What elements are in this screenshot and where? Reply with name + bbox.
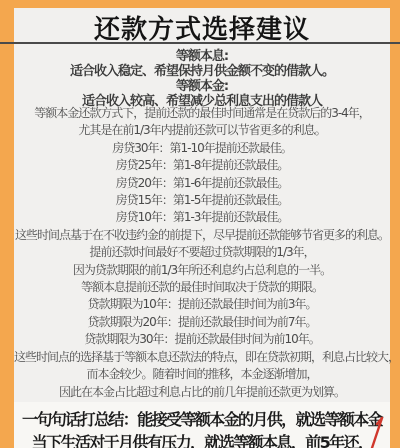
red-pen-slash-icon bbox=[366, 415, 390, 448]
page-title: 还款方式选择建议 bbox=[14, 9, 390, 46]
body-line: 房贷20年：第1-6年提前还款最佳。 bbox=[14, 175, 390, 192]
body-line: 因为贷款期限的前1/3年所还利息约占总利息的一半。 bbox=[14, 262, 390, 279]
summary-line: 一句句话打总结：能接受等额本金的月供，就选等额本金 bbox=[14, 408, 390, 431]
intro-line: 适合收入稳定、希望保持月供金额不变的借款人。 bbox=[14, 64, 390, 79]
intro-line: 等额本金: bbox=[14, 79, 390, 94]
body-line: 这些时间点基于在不收违约金的前提下，尽早提前还款能够节省更多的利息。 bbox=[14, 227, 390, 244]
body-line: 等额本金还款方式下，提前还款的最佳时间通常是在贷款后的3-4年， bbox=[14, 105, 390, 122]
body-section: 等额本金还款方式下，提前还款的最佳时间通常是在贷款后的3-4年， 尤其是在前1/… bbox=[14, 105, 390, 401]
summary-section: 一句句话打总结：能接受等额本金的月供，就选等额本金 当下生活对于月供有压力，就选… bbox=[14, 402, 390, 448]
title-divider bbox=[0, 42, 400, 44]
body-line: 提前还款时间最好不要超过贷款期限的1/3年， bbox=[14, 244, 390, 261]
body-line: 这些时间点的选择基于等额本息还款法的特点，即在贷款初期，利息占比较大， bbox=[14, 349, 390, 366]
infographic-page: 还款方式选择建议 等额本息: 适合收入稳定、希望保持月供金额不变的借款人。 等额… bbox=[0, 0, 400, 448]
intro-line: 等额本息: bbox=[14, 49, 390, 64]
body-line: 而本金较少。随着时间的推移，本金逐渐增加， bbox=[14, 366, 390, 383]
body-line: 尤其是在前1/3年内提前还款可以节省更多的利息。 bbox=[14, 122, 390, 139]
intro-section: 等额本息: 适合收入稳定、希望保持月供金额不变的借款人。 等额本金: 适合收入较… bbox=[14, 49, 390, 109]
body-line: 贷款期限为10年：提前还款最佳时间为前3年。 bbox=[14, 296, 390, 313]
body-line: 房贷15年：第1-5年提前还款最佳。 bbox=[14, 192, 390, 209]
body-line: 贷款期限为30年：提前还款最佳时间为前10年。 bbox=[14, 331, 390, 348]
body-line: 房贷10年：第1-3年提前还款最佳。 bbox=[14, 209, 390, 226]
body-line: 等额本息提前还款的最佳时间取决于贷款的期限。 bbox=[14, 279, 390, 296]
body-line: 贷款期限为20年：提前还款最佳时间为前7年。 bbox=[14, 314, 390, 331]
body-line: 房贷25年：第1-8年提前还款最佳。 bbox=[14, 157, 390, 174]
body-line: 房贷30年：第1-10年提前还款最佳。 bbox=[14, 140, 390, 157]
summary-line: 当下生活对于月供有压力，就选等额本息，前5年还， bbox=[14, 431, 390, 448]
body-line: 因此在本金占比超过利息占比的前几年提前还款更为划算。 bbox=[14, 384, 390, 401]
content-panel: 还款方式选择建议 等额本息: 适合收入稳定、希望保持月供金额不变的借款人。 等额… bbox=[14, 8, 390, 448]
